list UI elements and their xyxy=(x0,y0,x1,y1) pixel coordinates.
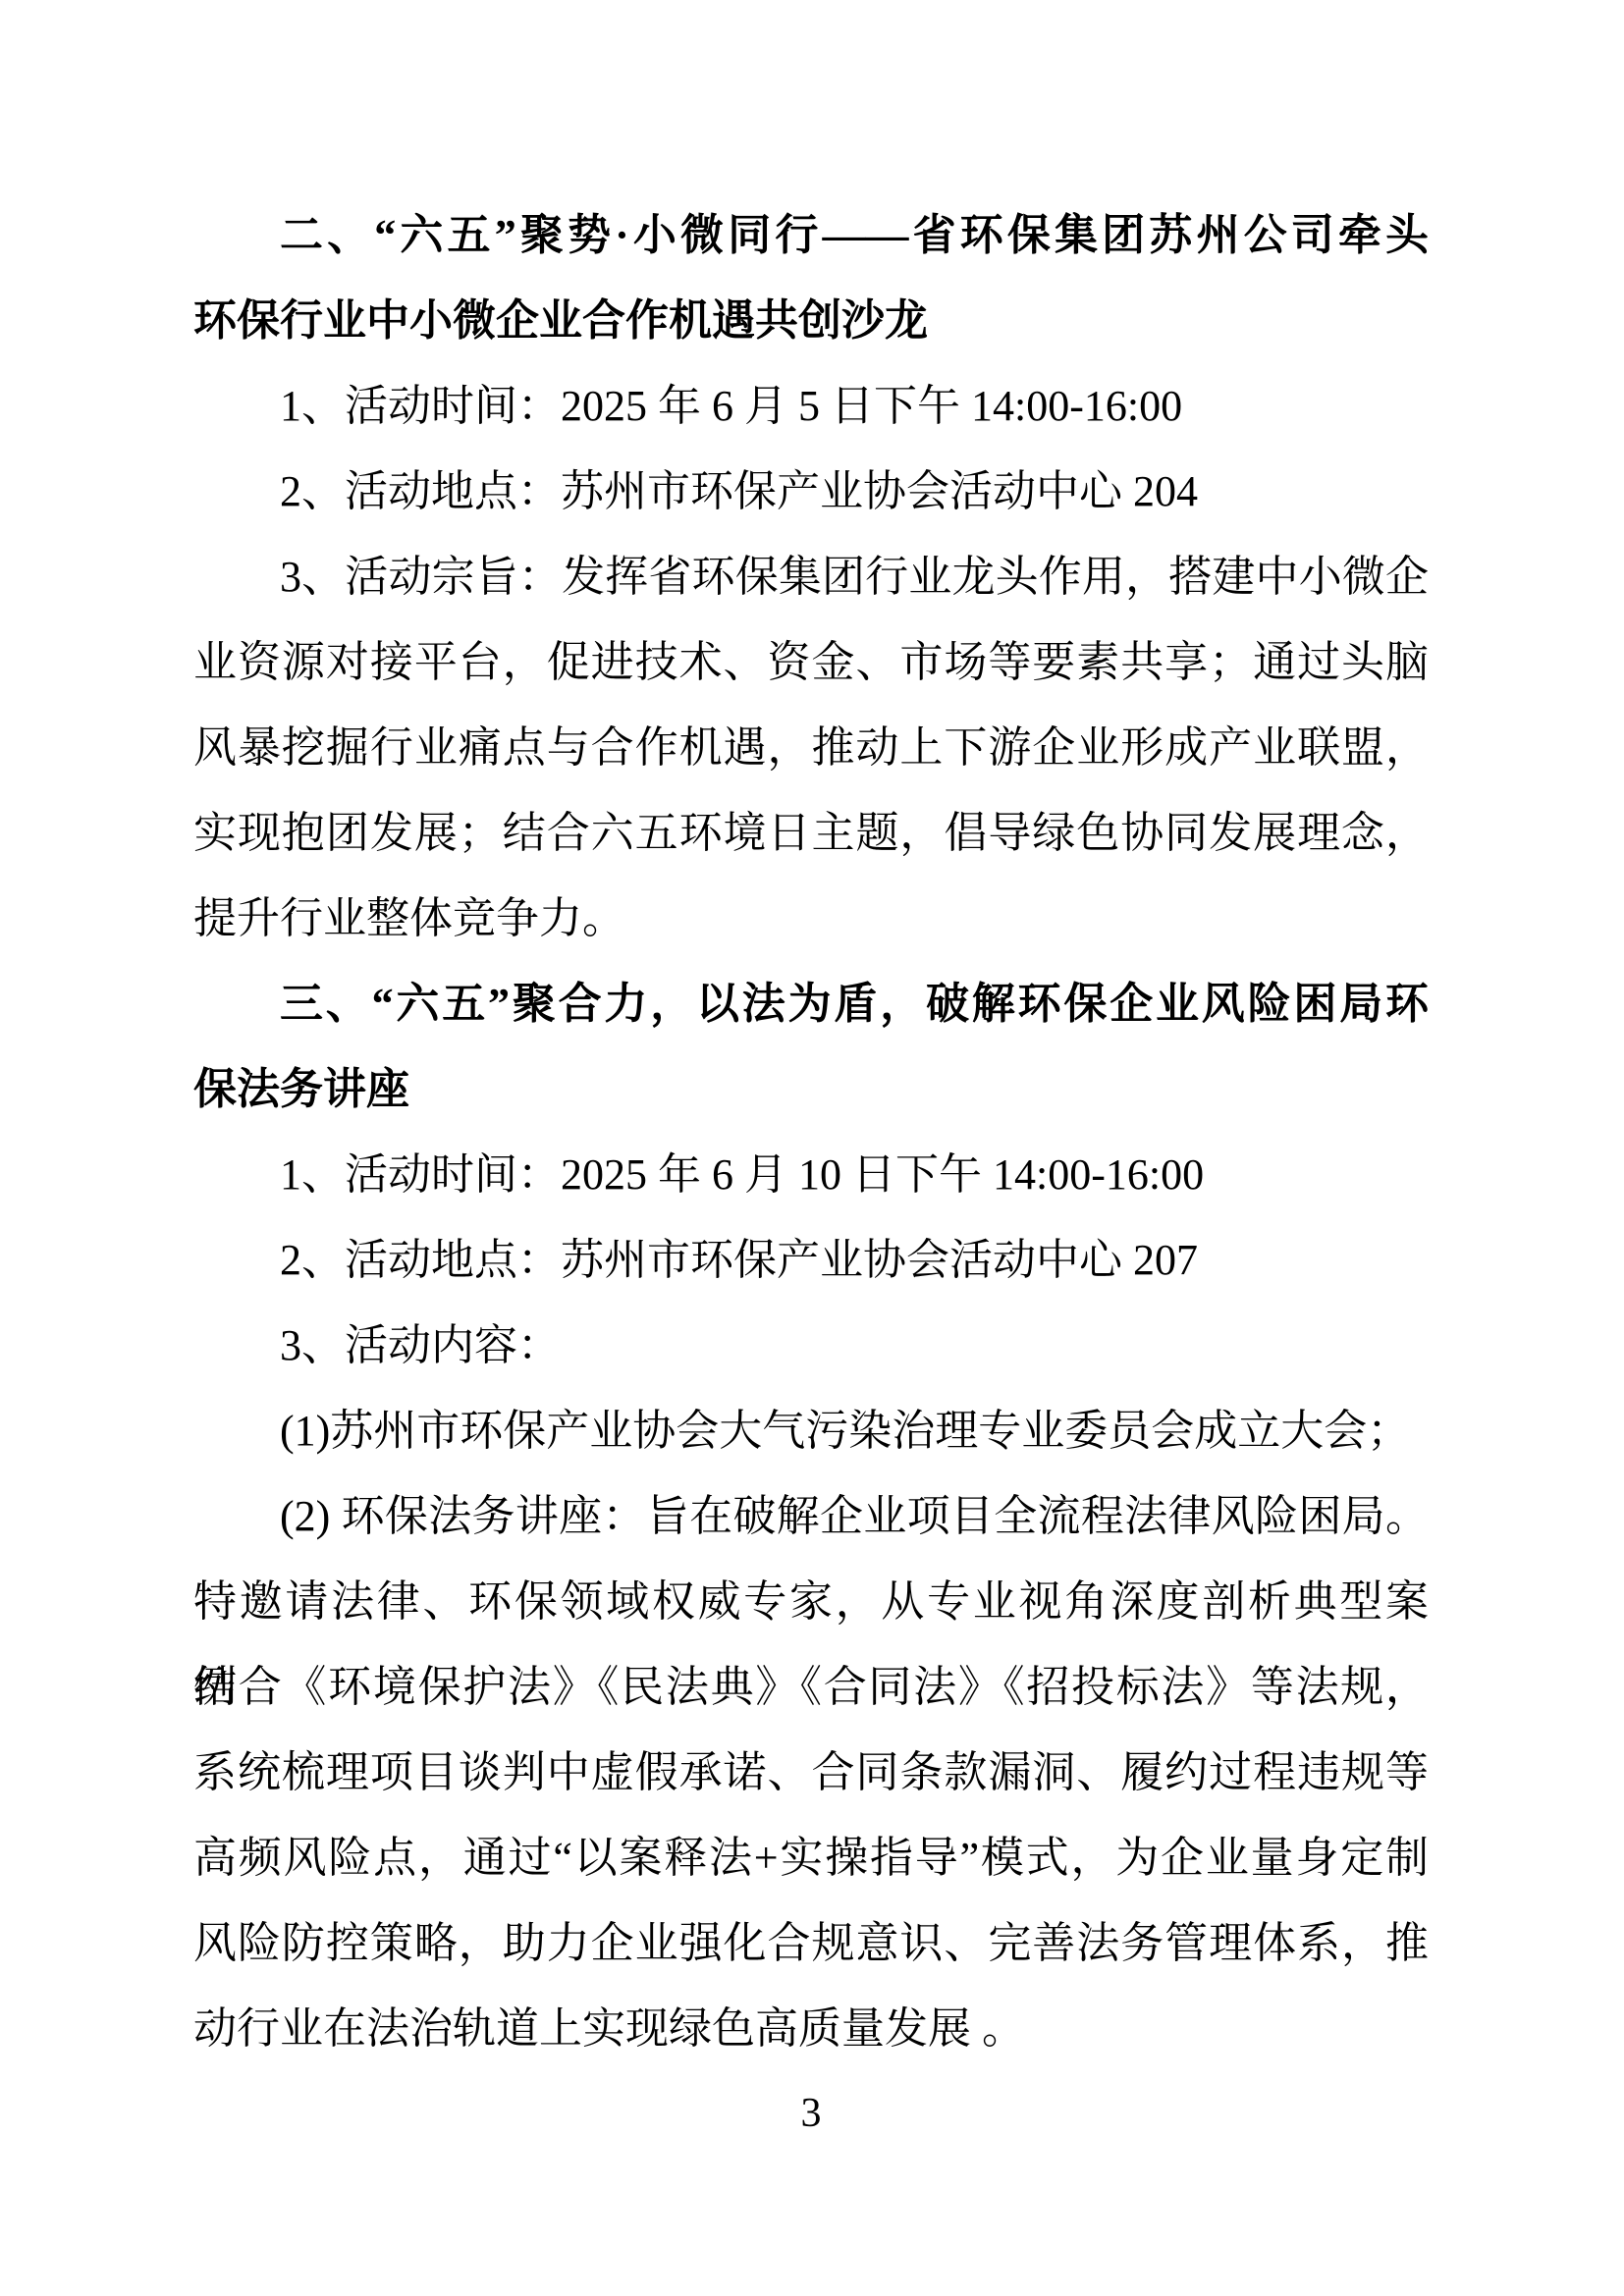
body-line: 风险防控策略，助力企业强化合规意识、完善法务管理体系，推 xyxy=(193,1900,1429,1986)
body-line: 2、活动地点：苏州市环保产业协会活动中心 204 xyxy=(193,449,1429,534)
section-heading-3-line: 保法务讲座 xyxy=(193,1046,1429,1132)
body-line: (1)苏州市环保产业协会大气污染治理专业委员会成立大会； xyxy=(193,1388,1429,1473)
body-line: 实现抱团发展；结合六五环境日主题，倡导绿色协同发展理念， xyxy=(193,790,1429,876)
body-line: 动行业在法治轨道上实现绿色高质量发展 。 xyxy=(193,1986,1429,2071)
body-line: 特邀请法律、环保领域权威专家，从专业视角深度剖析典型案例， xyxy=(193,1559,1429,1644)
page-number: 3 xyxy=(193,2071,1429,2157)
body-line: 业资源对接平台，促进技术、资金、市场等要素共享；通过头脑 xyxy=(193,619,1429,705)
body-line: 系统梳理项目谈判中虚假承诺、合同条款漏洞、履约过程违规等 xyxy=(193,1730,1429,1815)
body-line: 2、活动地点：苏州市环保产业协会活动中心 207 xyxy=(193,1217,1429,1303)
body-line: 结合《环境保护法》《民法典》《合同法》《招投标法》等法规， xyxy=(193,1644,1429,1730)
section-heading-2-line: 二、“六五”聚势·小微同行——省环保集团苏州公司牵头 xyxy=(193,192,1429,278)
document-page: 二、“六五”聚势·小微同行——省环保集团苏州公司牵头 环保行业中小微企业合作机遇… xyxy=(0,0,1624,2296)
body-line: (2) 环保法务讲座：旨在破解企业项目全流程法律风险困局。 xyxy=(193,1473,1429,1559)
document-text: 二、“六五”聚势·小微同行——省环保集团苏州公司牵头 环保行业中小微企业合作机遇… xyxy=(193,192,1429,2157)
section-heading-3-line: 三、“六五”聚合力，以法为盾，破解环保企业风险困局环 xyxy=(193,961,1429,1046)
body-line: 提升行业整体竞争力。 xyxy=(193,876,1429,961)
body-line: 1、活动时间：2025 年 6 月 5 日下午 14:00-16:00 xyxy=(193,363,1429,449)
body-line: 1、活动时间：2025 年 6 月 10 日下午 14:00-16:00 xyxy=(193,1132,1429,1217)
body-line: 风暴挖掘行业痛点与合作机遇，推动上下游企业形成产业联盟， xyxy=(193,705,1429,790)
body-line: 3、活动内容： xyxy=(193,1303,1429,1388)
section-heading-2-line: 环保行业中小微企业合作机遇共创沙龙 xyxy=(193,278,1429,363)
body-line: 高频风险点，通过“以案释法+实操指导”模式，为企业量身定制 xyxy=(193,1815,1429,1900)
body-line: 3、活动宗旨：发挥省环保集团行业龙头作用，搭建中小微企 xyxy=(193,534,1429,619)
